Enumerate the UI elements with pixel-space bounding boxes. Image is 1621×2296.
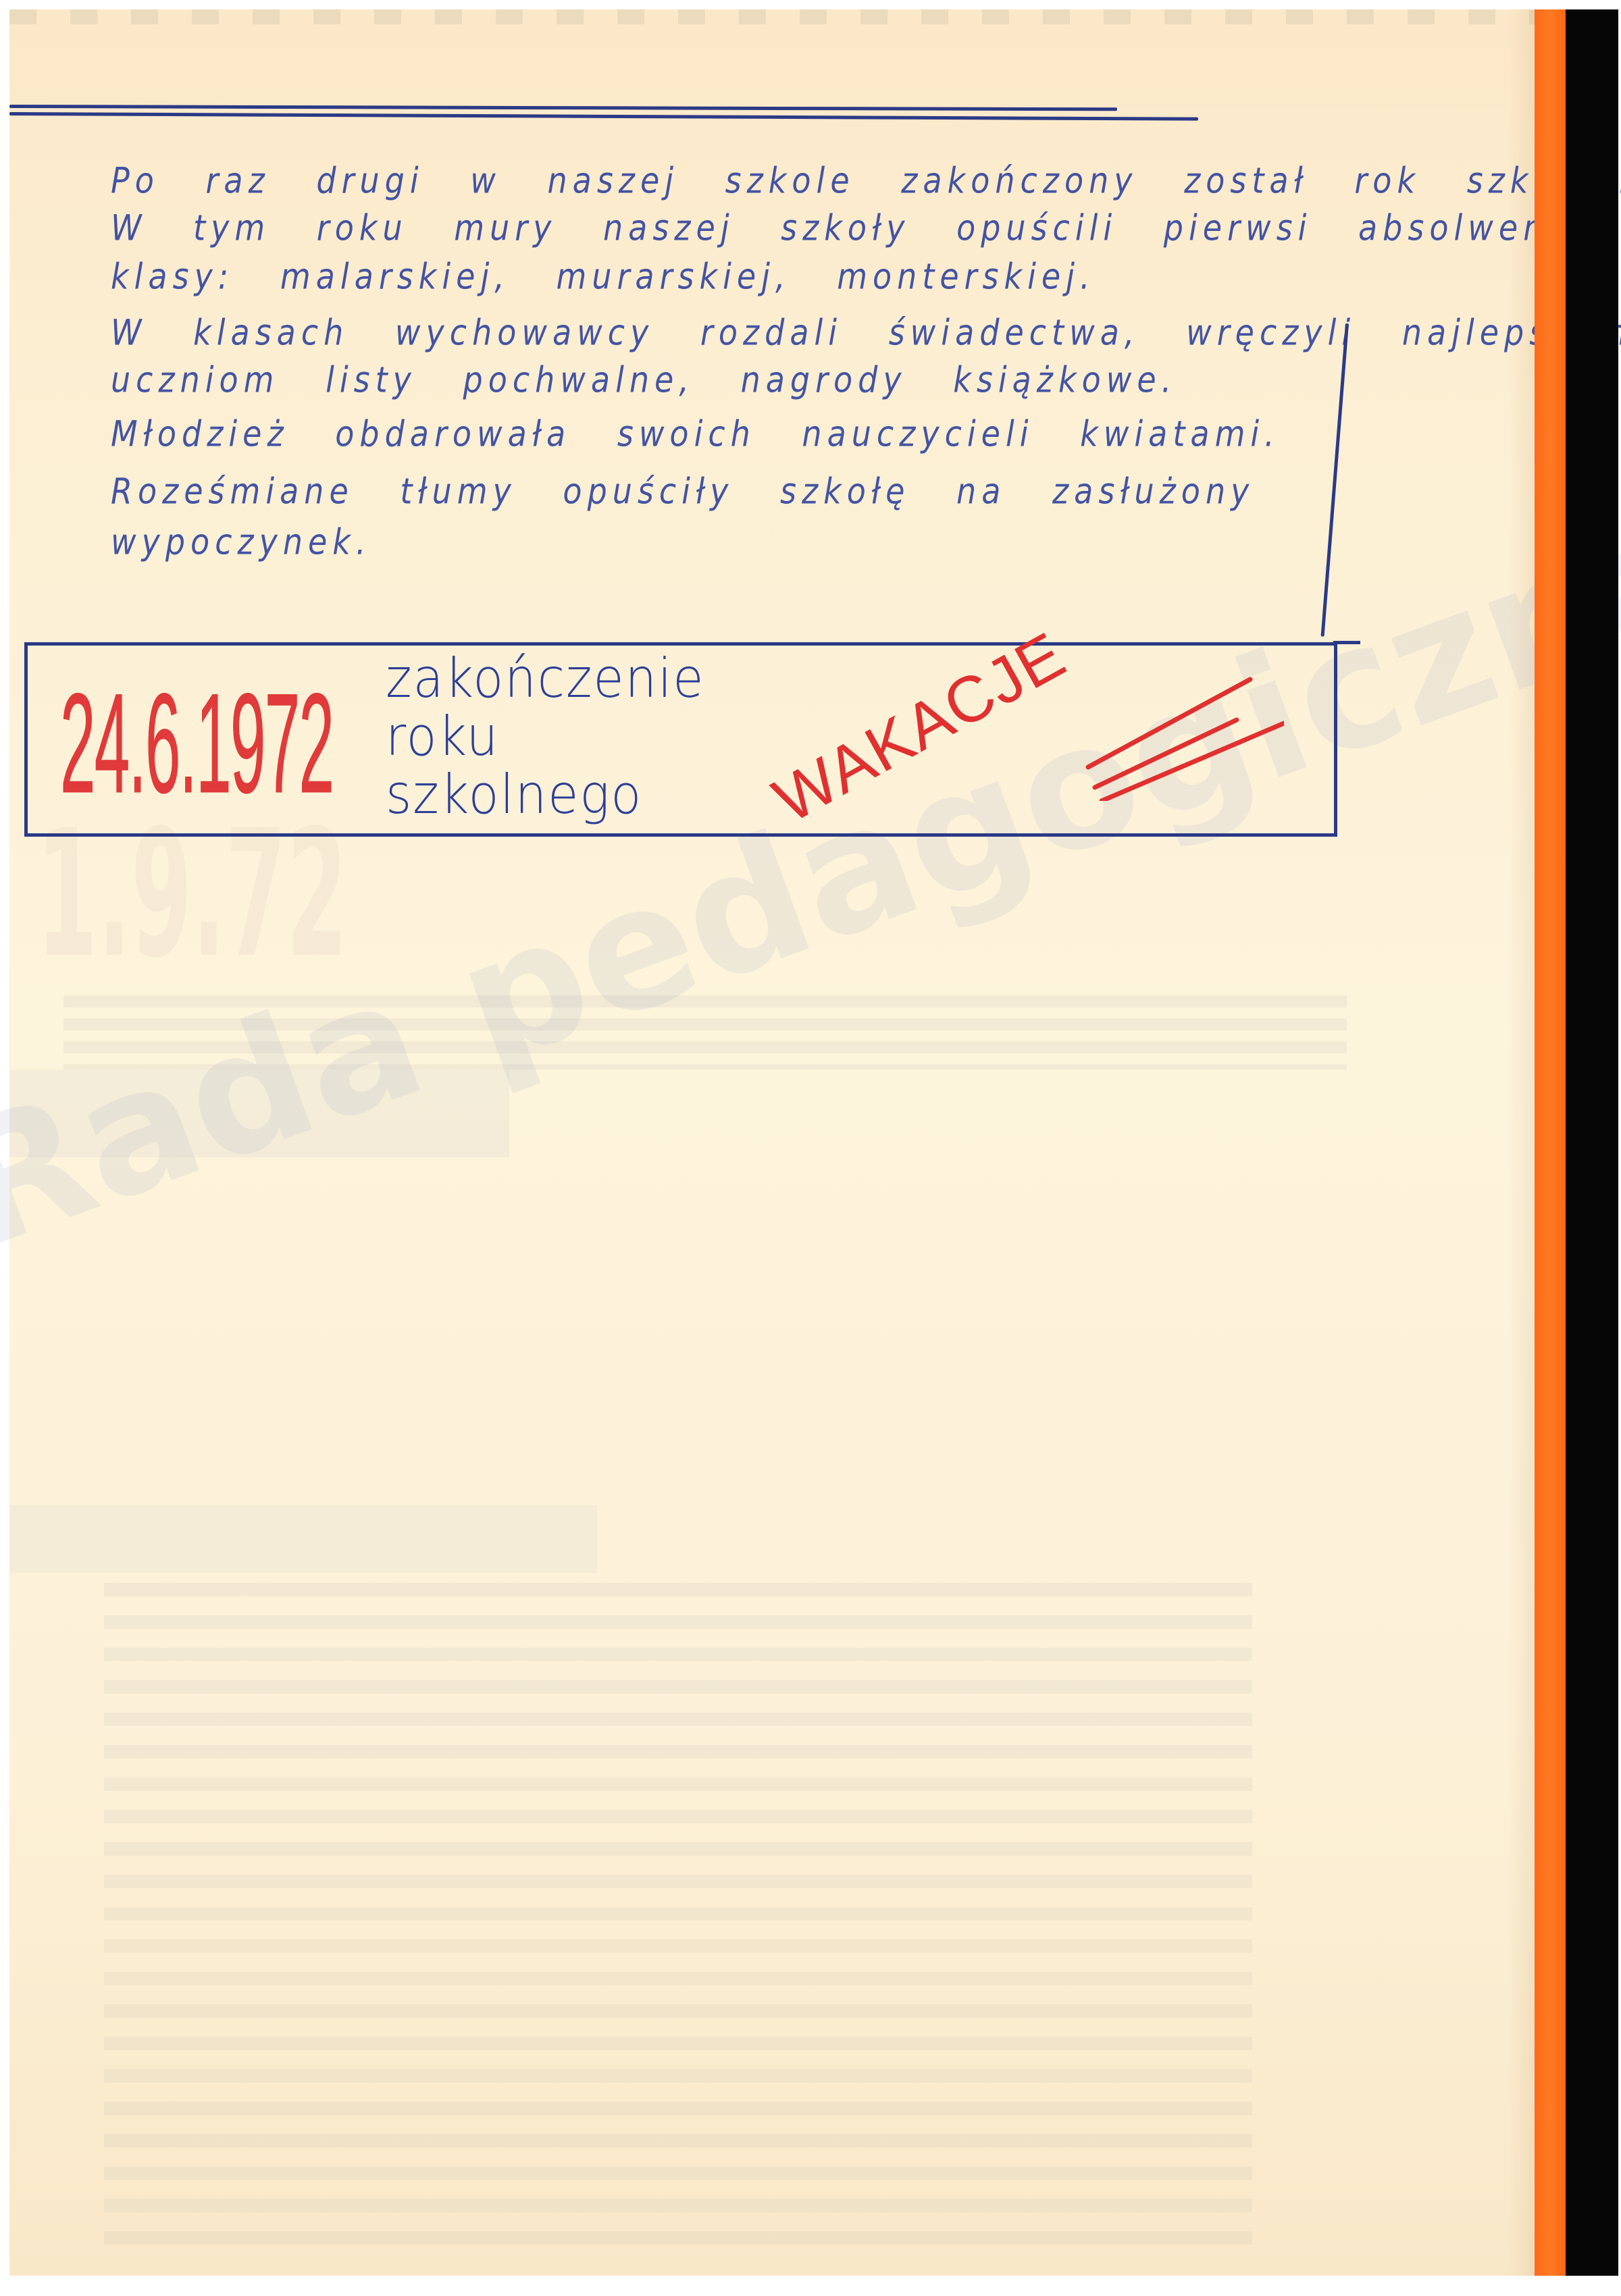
show-through-band-2: [9, 1505, 597, 1573]
top-rule-upper: [9, 105, 1117, 111]
paper-page: 1.9.72 Rada pedagogiczna Po raz drugi w …: [9, 9, 1535, 2276]
handwritten-line: Po raz drugi w naszej szkole zakończony …: [111, 159, 1621, 201]
show-through-band: [9, 1070, 509, 1157]
right-margin-rule: [1321, 323, 1349, 637]
event-title: zakończenie roku szkolnego: [386, 650, 732, 824]
binding-orange-edge: [1535, 9, 1567, 2276]
title-line-2: roku: [386, 708, 704, 766]
top-edge-show-through: [9, 9, 1535, 24]
scan-background: [1566, 9, 1618, 2276]
handwritten-line: W tym roku mury naszej szkoły opuścili p…: [111, 207, 1585, 249]
title-line-3: szkolnego: [386, 766, 704, 824]
handwritten-line: W klasach wychowawcy rozdali świadectwa,…: [111, 311, 1621, 353]
handwritten-line: klasy: malarskiej, murarskiej, monterski…: [111, 255, 1096, 297]
box-top-extension: [1333, 641, 1360, 644]
handwritten-line: Roześmiane tłumy opuściły szkołę na zasł…: [111, 470, 1254, 512]
show-through-title: Rada pedagogiczna: [0, 467, 1621, 1286]
show-through-list: [104, 1583, 1252, 2258]
handwritten-line: uczniom listy pochwalne, nagrody książko…: [111, 359, 1177, 400]
stamp-speed-lines-icon: [1081, 666, 1284, 801]
handwritten-line: wypoczynek.: [111, 521, 371, 563]
vacation-stamp: WAKACJE: [762, 618, 1078, 838]
handwritten-line: Młodzież obdarowała swoich nauczycieli k…: [111, 413, 1280, 454]
show-through-paragraph: [63, 995, 1347, 1070]
date-box: 24.6.1972 zakończenie roku szkolnego WAK…: [24, 642, 1337, 837]
title-line-1: zakończenie: [386, 650, 704, 708]
top-rule-lower: [9, 112, 1198, 121]
event-date: 24.6.1972: [60, 652, 333, 835]
